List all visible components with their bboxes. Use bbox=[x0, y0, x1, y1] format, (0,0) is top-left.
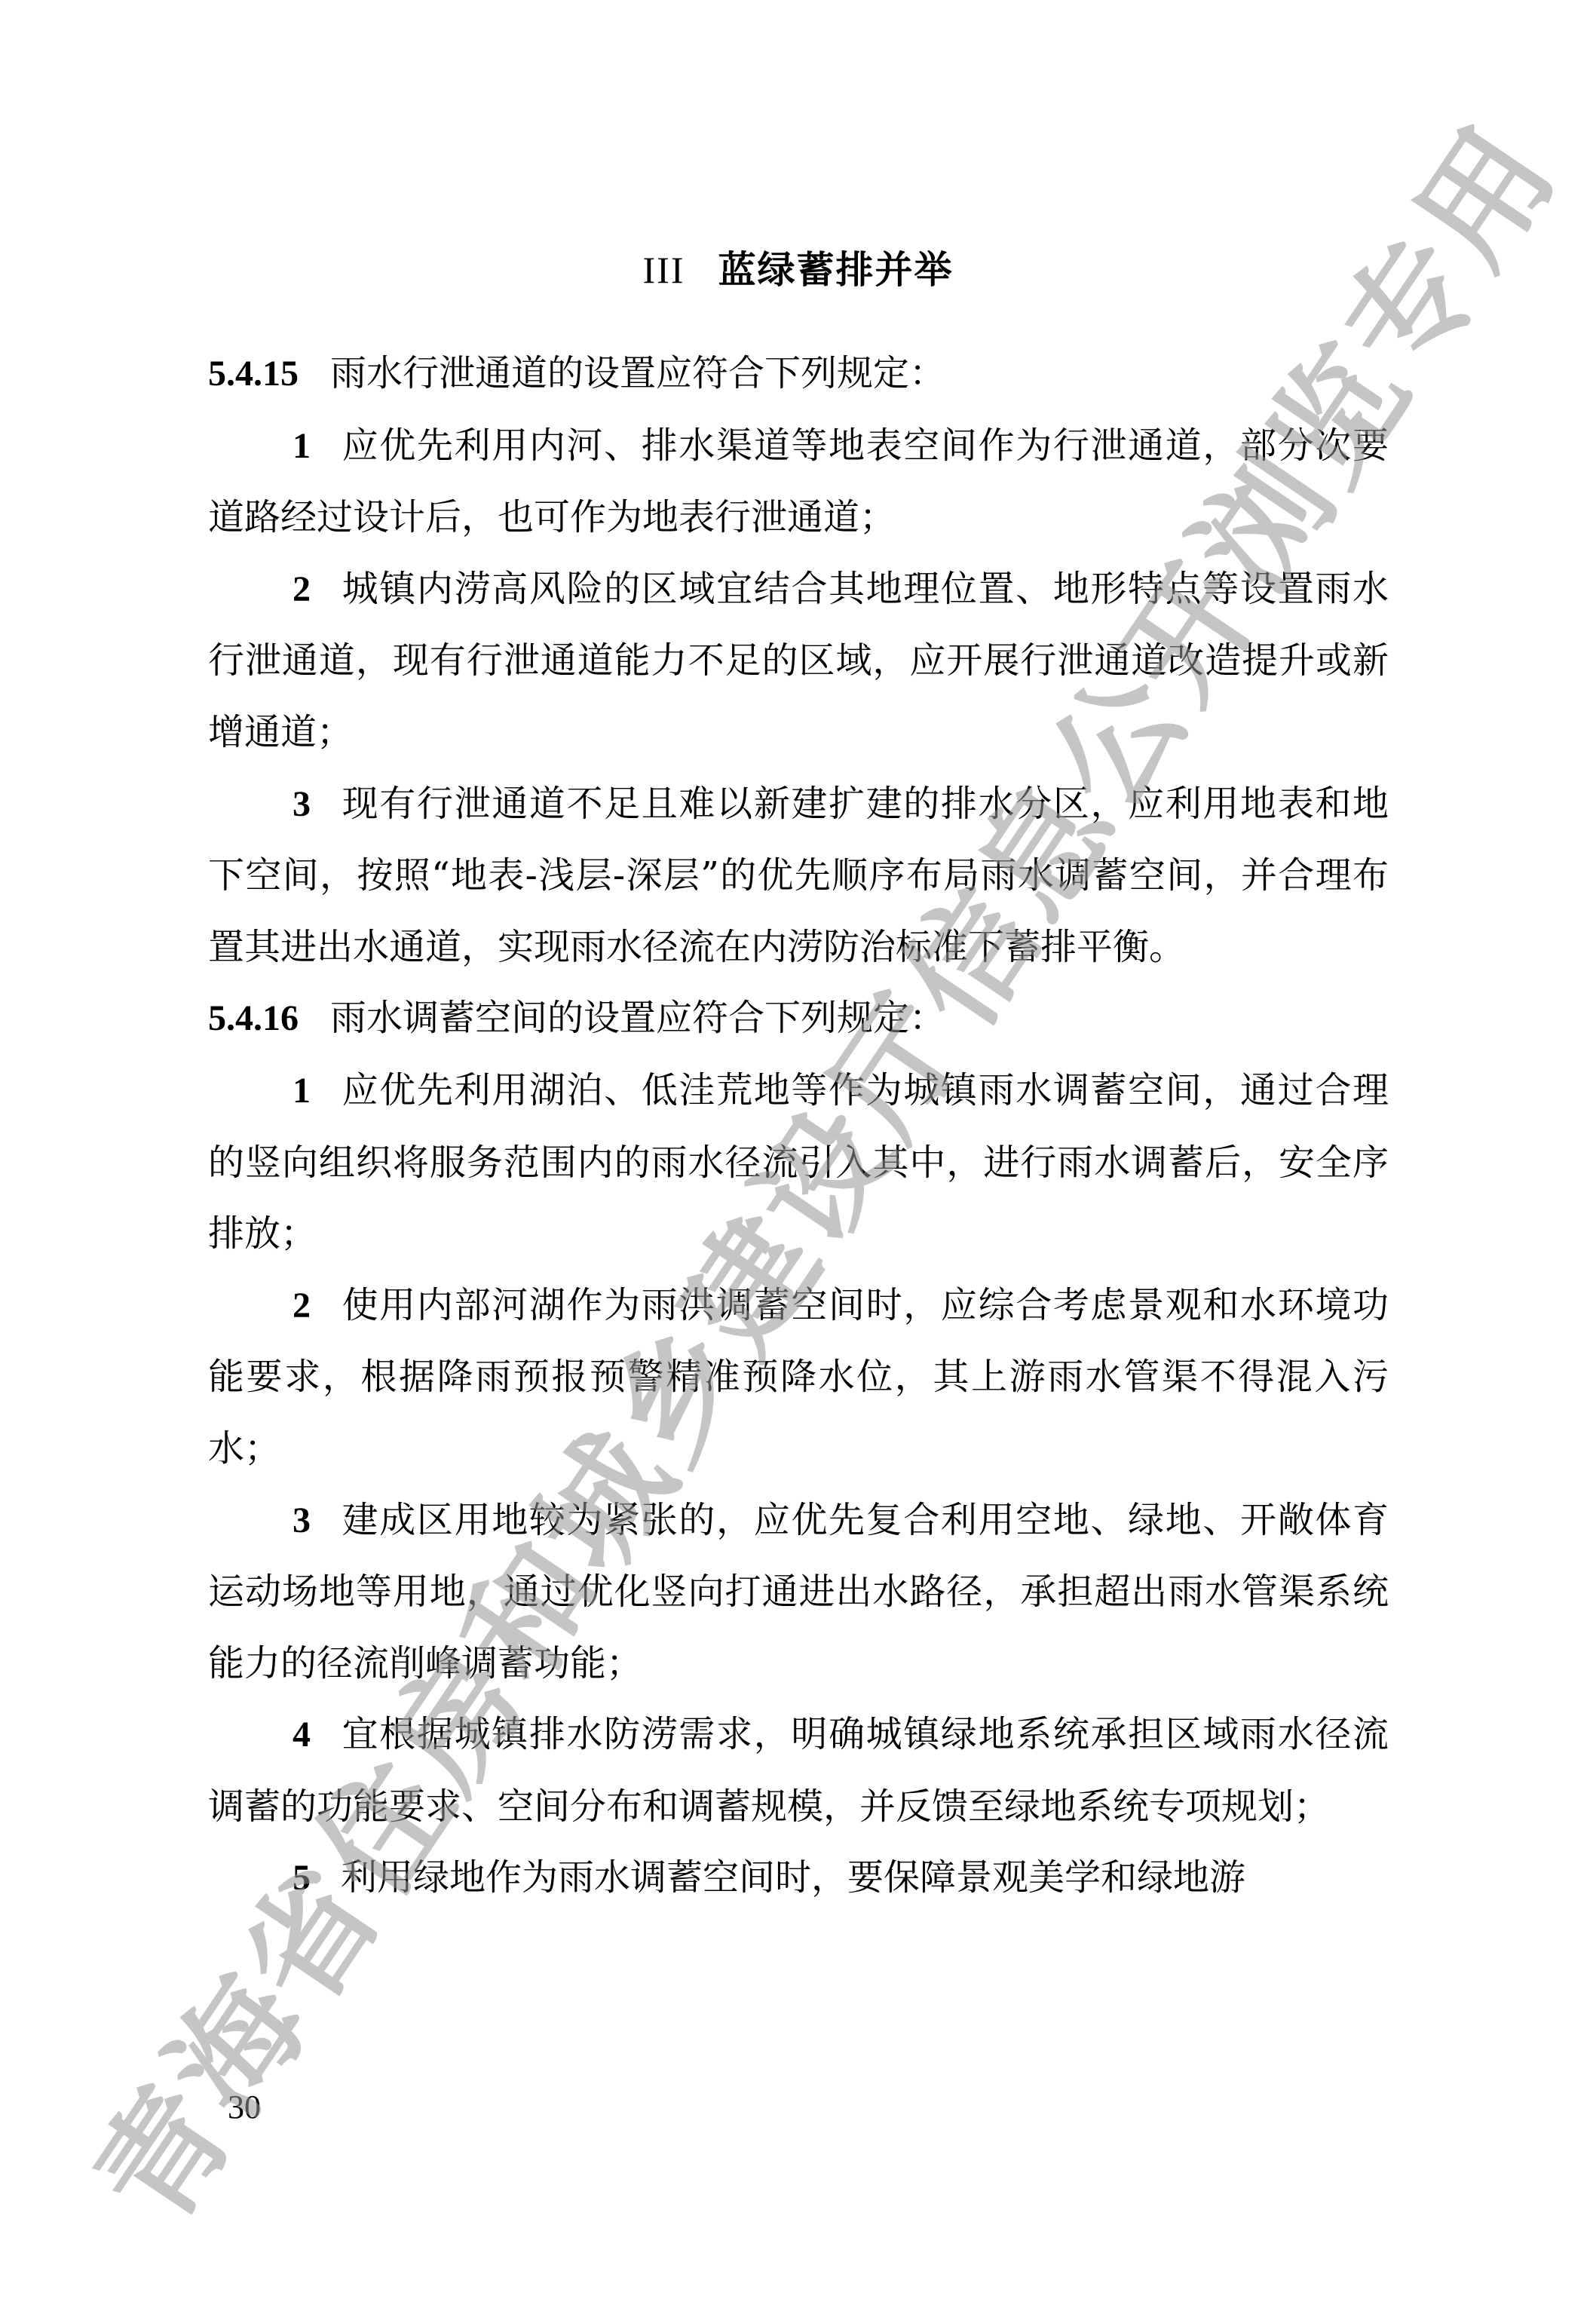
clause-5-4-16: 5.4.16雨水调蓄空间的设置应符合下列规定： bbox=[208, 982, 1389, 1055]
clause-text: 雨水行泄通道的设置应符合下列规定： bbox=[330, 352, 945, 394]
item-text: 建成区用地较为紧张的，应优先复合利用空地、绿地、开敞体育运动场地等用地，通过优化… bbox=[208, 1499, 1389, 1684]
clause-number: 5.4.15 bbox=[208, 354, 299, 394]
item-text: 城镇内涝高风险的区域宜结合其地理位置、地形特点等设置雨水行泄通道，现有行泄通道能… bbox=[208, 568, 1389, 753]
item-number: 2 bbox=[293, 1286, 311, 1326]
document-page: III蓝绿蓄排并举 5.4.15雨水行泄通道的设置应符合下列规定： 1应优先利用… bbox=[0, 0, 1596, 2314]
section-heading: III蓝绿蓄排并举 bbox=[0, 240, 1596, 300]
section-title-text: 蓝绿蓄排并举 bbox=[718, 247, 953, 292]
clause-item: 1应优先利用内河、排水渠道等地表空间作为行泄通道，部分次要道路经过设计后，也可作… bbox=[208, 410, 1389, 553]
item-number: 3 bbox=[293, 1500, 311, 1540]
item-number: 4 bbox=[293, 1715, 311, 1755]
clause-item: 2城镇内涝高风险的区域宜结合其地理位置、地形特点等设置雨水行泄通道，现有行泄通道… bbox=[208, 553, 1389, 768]
item-number: 5 bbox=[293, 1858, 311, 1898]
document-body: 5.4.15雨水行泄通道的设置应符合下列规定： 1应优先利用内河、排水渠道等地表… bbox=[208, 338, 1389, 1914]
section-roman-numeral: III bbox=[643, 249, 685, 291]
clause-item: 3现有行泄通道不足且难以新建扩建的排水分区，应利用地表和地下空间，按照“地表-浅… bbox=[208, 768, 1389, 983]
clause-number: 5.4.16 bbox=[208, 998, 299, 1038]
item-number: 1 bbox=[293, 426, 311, 466]
item-text: 利用绿地作为雨水调蓄空间时，要保障景观美学和绿地游 bbox=[341, 1856, 1245, 1899]
clause-item: 1应优先利用湖泊、低洼荒地等作为城镇雨水调蓄空间，通过合理的竖向组织将服务范围内… bbox=[208, 1055, 1389, 1270]
clause-item: 3建成区用地较为紧张的，应优先复合利用空地、绿地、开敞体育运动场地等用地，通过优… bbox=[208, 1485, 1389, 1699]
item-text: 应优先利用内河、排水渠道等地表空间作为行泄通道，部分次要道路经过设计后，也可作为… bbox=[208, 424, 1389, 539]
clause-5-4-15: 5.4.15雨水行泄通道的设置应符合下列规定： bbox=[208, 338, 1389, 410]
item-text: 现有行泄通道不足且难以新建扩建的排水分区，应利用地表和地下空间，按照“地表-浅层… bbox=[208, 783, 1389, 968]
item-text: 宜根据城镇排水防涝需求，明确城镇绿地系统承担区域雨水径流调蓄的功能要求、空间分布… bbox=[208, 1713, 1389, 1828]
item-number: 1 bbox=[293, 1071, 311, 1111]
clause-item: 5利用绿地作为雨水调蓄空间时，要保障景观美学和绿地游 bbox=[208, 1842, 1389, 1914]
item-text: 使用内部河湖作为雨洪调蓄空间时，应综合考虑景观和水环境功能要求，根据降雨预报预警… bbox=[208, 1284, 1389, 1470]
clause-text: 雨水调蓄空间的设置应符合下列规定： bbox=[330, 997, 945, 1039]
item-number: 2 bbox=[293, 569, 311, 609]
page-number: 30 bbox=[228, 2087, 261, 2128]
item-number: 3 bbox=[293, 784, 311, 824]
item-text: 应优先利用湖泊、低洼荒地等作为城镇雨水调蓄空间，通过合理的竖向组织将服务范围内的… bbox=[208, 1069, 1389, 1255]
clause-item: 4宜根据城镇排水防涝需求，明确城镇绿地系统承担区域雨水径流调蓄的功能要求、空间分… bbox=[208, 1699, 1389, 1842]
clause-item: 2使用内部河湖作为雨洪调蓄空间时，应综合考虑景观和水环境功能要求，根据降雨预报预… bbox=[208, 1270, 1389, 1485]
